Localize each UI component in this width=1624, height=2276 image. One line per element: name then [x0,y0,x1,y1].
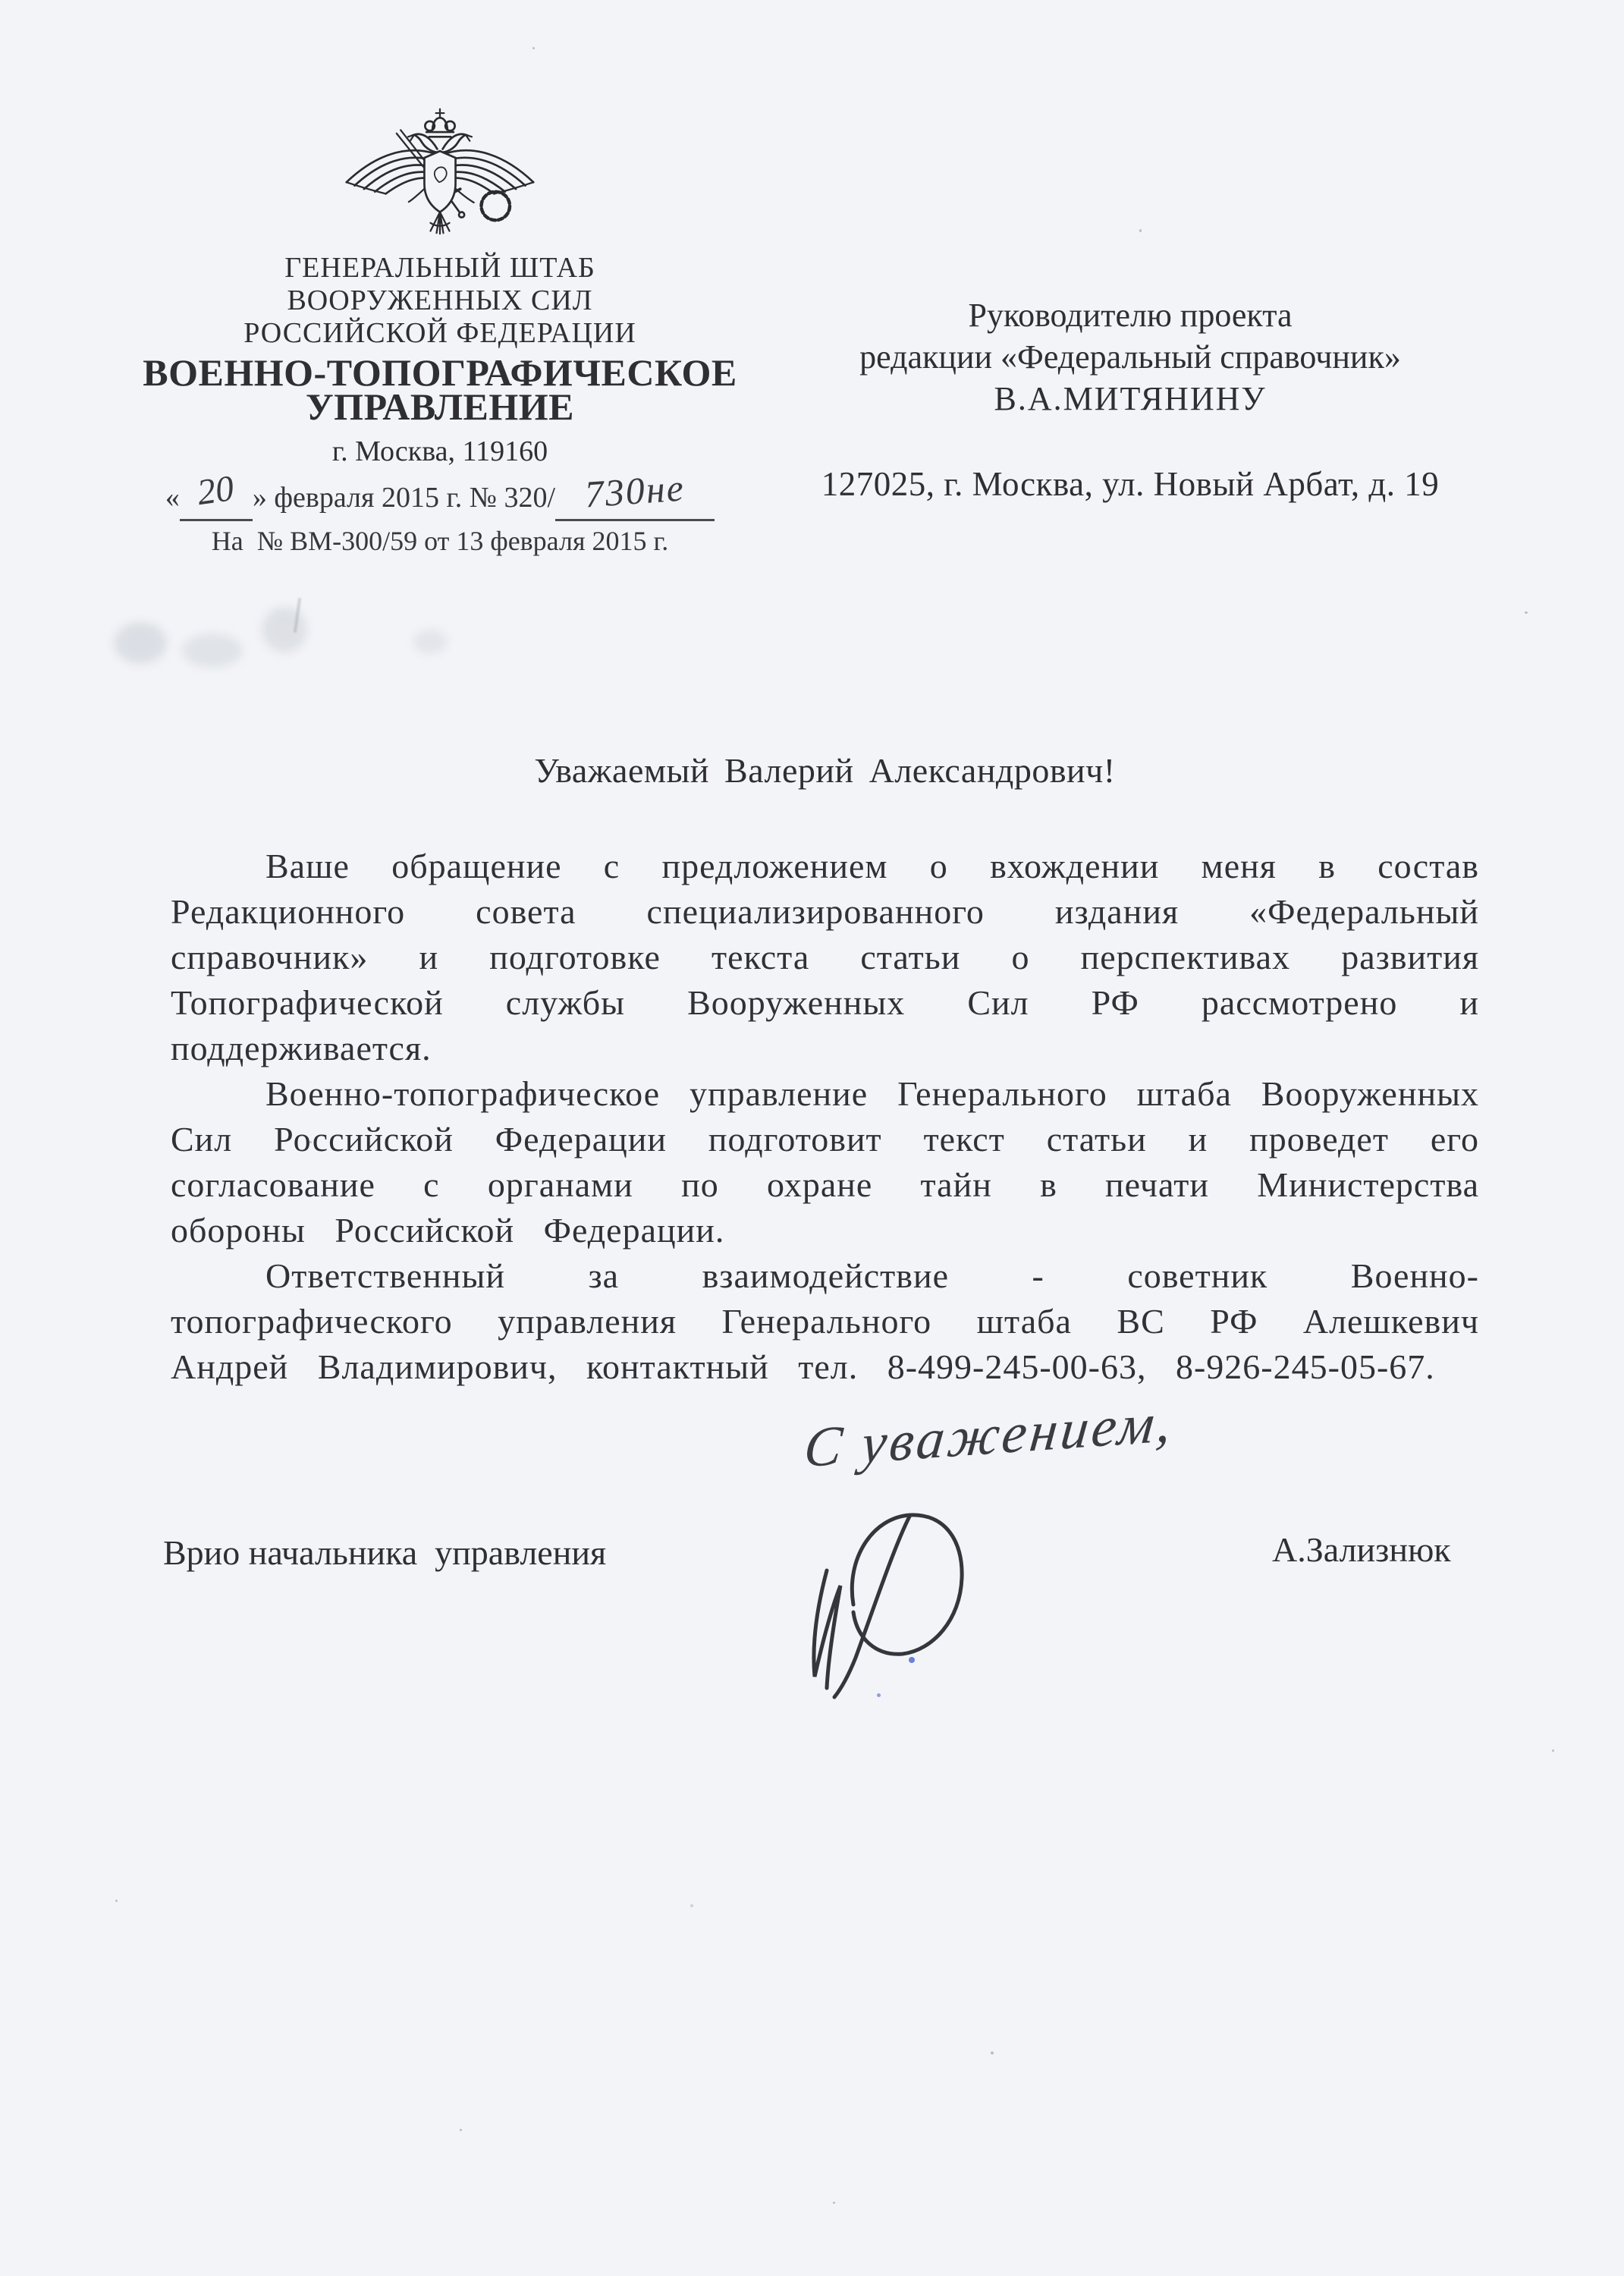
scan-speck [991,2051,994,2054]
handwritten-outgoing-number: 730не [583,466,686,515]
scan-speck [309,1141,312,1143]
scan-speck [1525,611,1528,614]
org-name: ГЕНЕРАЛЬНЫЙ ШТАБ ВООРУЖЕННЫХ СИЛ РОССИЙС… [129,252,751,350]
scan-speck [532,47,535,49]
recipient-name: В.А.МИТЯНИНУ [789,378,1472,420]
reference-line: На № ВМ-300/59 от 13 февраля 2015 г. [129,526,751,556]
paragraph-3: Ответственный за взаимодействие - советн… [171,1253,1479,1390]
dept-line-2: УПРАВЛЕНИЕ [129,390,751,424]
org-line-2: ВООРУЖЕННЫХ СИЛ [129,284,751,317]
org-line-3: РОССИЙСКОЙ ФЕДЕРАЦИИ [129,317,751,350]
blue-ink-dot [909,1657,915,1663]
city-postcode: г. Москва, 119160 [129,436,751,467]
scan-speck [833,2202,835,2204]
recipient-block: Руководителю проекта редакции «Федеральн… [789,294,1472,503]
printed-date-middle: февраля 2015 г. № 320/ [267,482,555,514]
signer-name: А.Зализнюк [1272,1529,1451,1570]
signer-position-title: Врио начальника управления [163,1533,606,1573]
scan-speck [115,1900,118,1902]
handwritten-regards: С уважением, [801,1391,1177,1482]
salutation: Уважаемый Валерий Александрович! [171,751,1479,791]
recipient-line-2: редакции «Федеральный справочник» [789,336,1472,378]
quote-open: « [165,482,180,514]
scan-smudge [413,630,448,654]
recipient-address: 127025, г. Москва, ул. Новый Арбат, д. 1… [789,465,1472,503]
scan-speck [1139,229,1142,232]
day-underline: 20 [180,474,253,521]
scanned-letter-page: ГЕНЕРАЛЬНЫЙ ШТАБ ВООРУЖЕННЫХ СИЛ РОССИЙС… [0,0,1624,2276]
department-name: ВОЕННО-ТОПОГРАФИЧЕСКОЕ УПРАВЛЕНИЕ [129,356,751,424]
quote-close: » [253,482,267,514]
handwritten-day: 20 [194,467,236,514]
number-underline: 730не [555,473,715,521]
date-number-line: «20» февраля 2015 г. № 320/730не [129,473,751,521]
recipient-line-1: Руководителю проекта [789,294,1472,336]
handwritten-signature [781,1498,1070,1711]
scan-smudge [114,622,167,664]
letterhead: ГЕНЕРАЛЬНЫЙ ШТАБ ВООРУЖЕННЫХ СИЛ РОССИЙС… [129,99,751,556]
scan-speck [1552,1749,1554,1752]
org-line-1: ГЕНЕРАЛЬНЫЙ ШТАБ [129,252,751,284]
scan-speck [460,2129,462,2131]
letter-body: Уважаемый Валерий Александрович! Ваше об… [171,751,1479,1390]
paragraph-2: Военно-топографическое управление Генера… [171,1071,1479,1253]
double-headed-eagle-emblem [338,99,542,243]
blue-ink-dot-small [877,1693,881,1697]
paragraph-1: Ваше обращение с предложением о вхождени… [171,844,1479,1071]
scan-smudge [182,633,243,668]
scan-speck [1368,1147,1371,1149]
scan-smudge [262,607,307,652]
scan-speck [690,1904,693,1907]
